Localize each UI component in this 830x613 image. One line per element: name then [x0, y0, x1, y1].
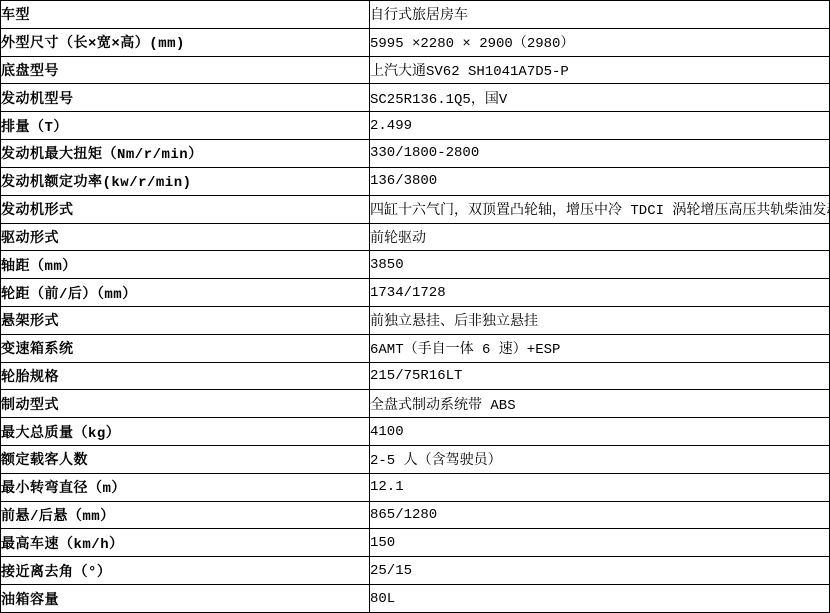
spec-value: 2-5 人（含驾驶员） — [370, 446, 830, 474]
table-row: 接近离去角（°）25/15 — [1, 557, 830, 585]
vehicle-spec-table: 车型自行式旅居房车外型尺寸（长×宽×高）(mm)5995 ×2280 × 290… — [0, 0, 830, 613]
spec-label: 发动机型号 — [1, 84, 370, 112]
spec-label: 底盘型号 — [1, 56, 370, 84]
spec-label: 外型尺寸（长×宽×高）(mm) — [1, 28, 370, 56]
table-row: 制动型式全盘式制动系统带 ABS — [1, 390, 830, 418]
spec-label: 轴距（mm） — [1, 251, 370, 279]
spec-value: 136/3800 — [370, 167, 830, 195]
spec-value: 2.499 — [370, 112, 830, 140]
spec-value: 80L — [370, 585, 830, 613]
table-row: 前悬/后悬（mm）865/1280 — [1, 501, 830, 529]
spec-value: 150 — [370, 529, 830, 557]
spec-value: 4100 — [370, 418, 830, 446]
table-row: 车型自行式旅居房车 — [1, 1, 830, 29]
spec-label: 驱动形式 — [1, 223, 370, 251]
spec-label: 制动型式 — [1, 390, 370, 418]
spec-label: 悬架形式 — [1, 306, 370, 334]
spec-label: 最小转弯直径（m） — [1, 473, 370, 501]
spec-value: 全盘式制动系统带 ABS — [370, 390, 830, 418]
spec-value: 自行式旅居房车 — [370, 1, 830, 29]
table-row: 油箱容量80L — [1, 585, 830, 613]
spec-table-body: 车型自行式旅居房车外型尺寸（长×宽×高）(mm)5995 ×2280 × 290… — [1, 1, 830, 613]
spec-label: 排量（T） — [1, 112, 370, 140]
spec-value: 865/1280 — [370, 501, 830, 529]
spec-label: 最高车速（km/h） — [1, 529, 370, 557]
spec-label: 接近离去角（°） — [1, 557, 370, 585]
spec-value: 3850 — [370, 251, 830, 279]
table-row: 轮距（前/后）（mm）1734/1728 — [1, 279, 830, 307]
spec-value: 5995 ×2280 × 2900（2980） — [370, 28, 830, 56]
table-row: 发动机型号SC25R136.1Q5，国V — [1, 84, 830, 112]
spec-value: 上汽大通SV62 SH1041A7D5-P — [370, 56, 830, 84]
table-row: 最高车速（km/h）150 — [1, 529, 830, 557]
spec-label: 最大总质量（kg） — [1, 418, 370, 446]
table-row: 排量（T）2.499 — [1, 112, 830, 140]
table-row: 轴距（mm）3850 — [1, 251, 830, 279]
table-row: 最小转弯直径（m）12.1 — [1, 473, 830, 501]
spec-value: 330/1800-2800 — [370, 140, 830, 168]
spec-label: 油箱容量 — [1, 585, 370, 613]
table-row: 最大总质量（kg）4100 — [1, 418, 830, 446]
spec-value: 215/75R16LT — [370, 362, 830, 390]
spec-label: 车型 — [1, 1, 370, 29]
spec-label: 轮距（前/后）（mm） — [1, 279, 370, 307]
spec-label: 前悬/后悬（mm） — [1, 501, 370, 529]
spec-label: 发动机最大扭矩（Nm/r/min） — [1, 140, 370, 168]
spec-value: SC25R136.1Q5，国V — [370, 84, 830, 112]
spec-label: 变速箱系统 — [1, 334, 370, 362]
spec-value: 四缸十六气门，双顶置凸轮轴，增压中冷 TDCI 涡轮增压高压共轨柴油发动机 — [370, 195, 830, 223]
spec-value: 6AMT（手自一体 6 速）+ESP — [370, 334, 830, 362]
table-row: 发动机额定功率(kw/r/min)136/3800 — [1, 167, 830, 195]
table-row: 驱动形式前轮驱动 — [1, 223, 830, 251]
spec-value: 1734/1728 — [370, 279, 830, 307]
table-row: 悬架形式前独立悬挂、后非独立悬挂 — [1, 306, 830, 334]
table-row: 发动机形式四缸十六气门，双顶置凸轮轴，增压中冷 TDCI 涡轮增压高压共轨柴油发… — [1, 195, 830, 223]
spec-value: 12.1 — [370, 473, 830, 501]
table-row: 发动机最大扭矩（Nm/r/min）330/1800-2800 — [1, 140, 830, 168]
spec-value: 前独立悬挂、后非独立悬挂 — [370, 306, 830, 334]
spec-label: 额定载客人数 — [1, 446, 370, 474]
spec-value: 前轮驱动 — [370, 223, 830, 251]
spec-value: 25/15 — [370, 557, 830, 585]
spec-label: 发动机形式 — [1, 195, 370, 223]
table-row: 轮胎规格215/75R16LT — [1, 362, 830, 390]
spec-label: 轮胎规格 — [1, 362, 370, 390]
table-row: 外型尺寸（长×宽×高）(mm)5995 ×2280 × 2900（2980） — [1, 28, 830, 56]
spec-label: 发动机额定功率(kw/r/min) — [1, 167, 370, 195]
table-row: 变速箱系统6AMT（手自一体 6 速）+ESP — [1, 334, 830, 362]
table-row: 额定载客人数2-5 人（含驾驶员） — [1, 446, 830, 474]
spec-sheet-page: 车型自行式旅居房车外型尺寸（长×宽×高）(mm)5995 ×2280 × 290… — [0, 0, 830, 613]
table-row: 底盘型号上汽大通SV62 SH1041A7D5-P — [1, 56, 830, 84]
